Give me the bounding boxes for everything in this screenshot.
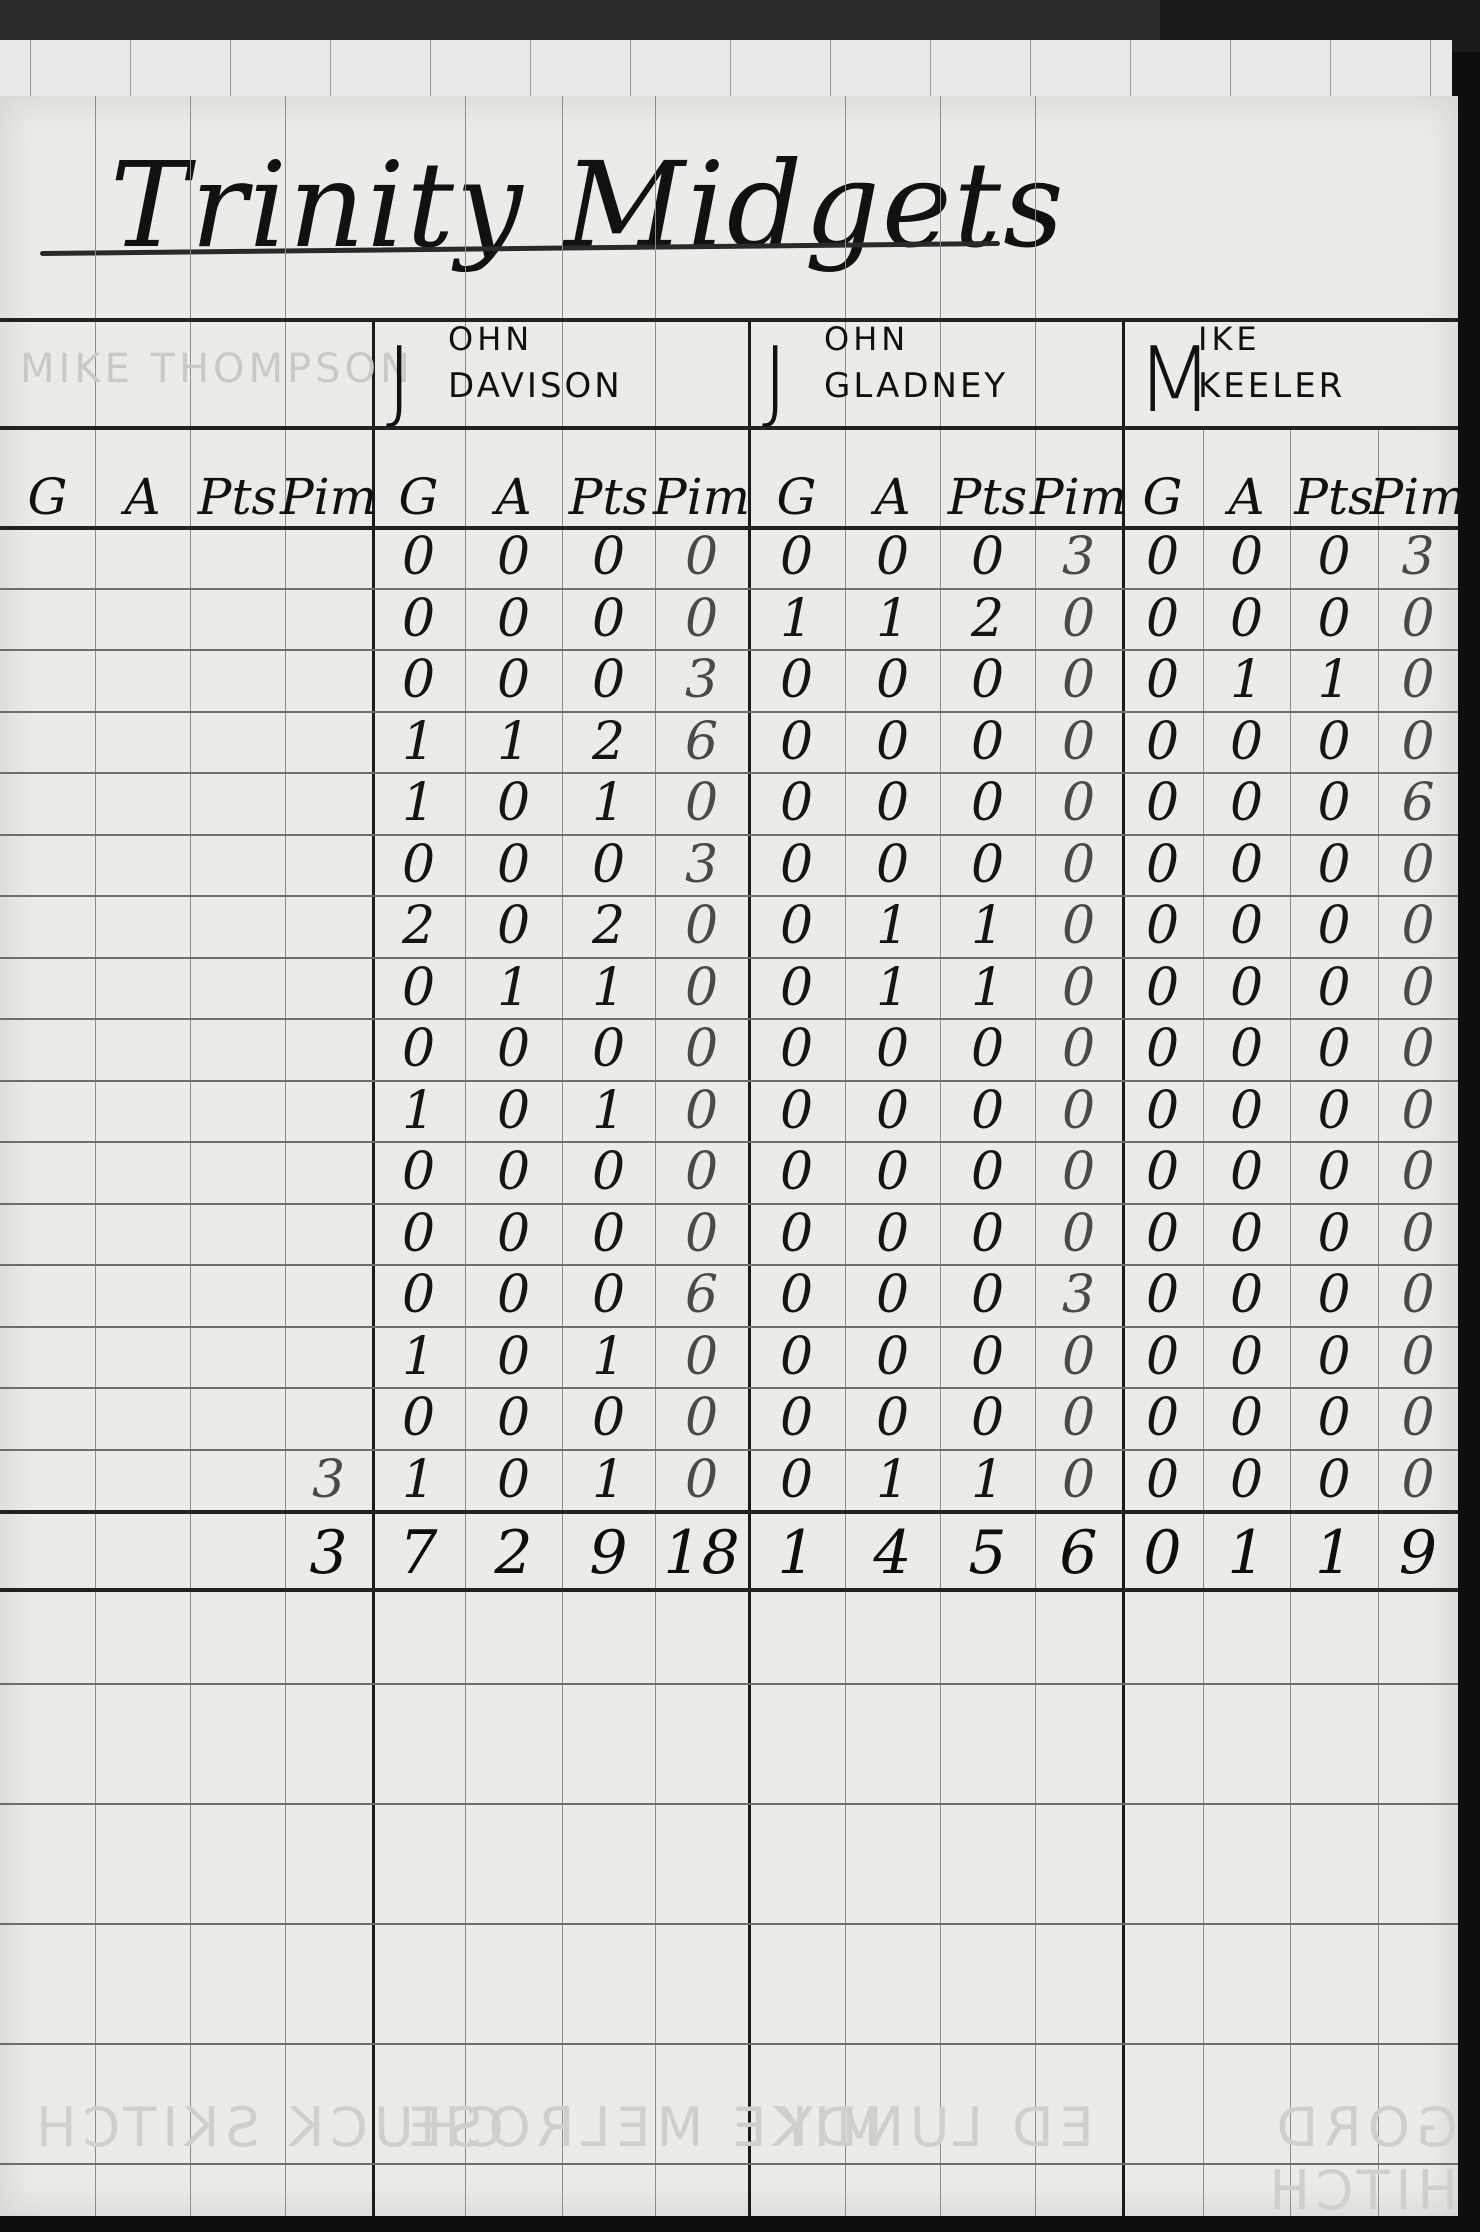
stat-cell: 0 <box>372 1203 465 1265</box>
stat-cell: 0 <box>465 1326 562 1388</box>
stat-cell: 0 <box>562 649 655 711</box>
stat-cell <box>0 1018 95 1080</box>
stat-cell <box>0 1141 95 1203</box>
stat-cell <box>285 526 372 588</box>
stat-cell: 0 <box>465 1387 562 1449</box>
stat-cell: 0 <box>845 834 940 896</box>
stat-cell: 0 <box>1035 957 1122 1019</box>
stat-cell <box>190 1264 285 1326</box>
stat-cell: 0 <box>655 526 748 588</box>
stat-cell: 6 <box>655 1264 748 1326</box>
player-last-name: KEELER <box>1198 366 1345 406</box>
stat-cell <box>95 1080 190 1142</box>
stat-cell: 1 <box>465 711 562 773</box>
stat-cell: 0 <box>465 1264 562 1326</box>
grid-line <box>1430 40 1431 100</box>
stat-cell: 0 <box>562 1203 655 1265</box>
stat-cell: 0 <box>1203 1018 1290 1080</box>
stat-cell: 0 <box>1122 649 1203 711</box>
stat-cell <box>0 1203 95 1265</box>
stat-cell: 0 <box>1378 895 1458 957</box>
stat-cell <box>285 1264 372 1326</box>
stat-cell: 0 <box>748 526 845 588</box>
stat-cell: 6 <box>1378 772 1458 834</box>
stat-cell: 0 <box>845 1326 940 1388</box>
stat-cell: 0 <box>748 1264 845 1326</box>
stat-cell: 0 <box>1035 1449 1122 1511</box>
stat-cell: 1 <box>845 957 940 1019</box>
stat-cell <box>95 649 190 711</box>
stat-cell: 0 <box>1290 711 1378 773</box>
stat-cell: 1 <box>372 1326 465 1388</box>
column-header-g: G <box>372 446 465 526</box>
stat-cell: 0 <box>940 1326 1035 1388</box>
stat-cell <box>190 957 285 1019</box>
stat-cell: 0 <box>1203 957 1290 1019</box>
bleed-through-text: ED LUNDY <box>774 2096 1094 2159</box>
stat-cell <box>285 588 372 650</box>
stat-cell: 0 <box>465 1203 562 1265</box>
stat-cell: 0 <box>655 1387 748 1449</box>
total-cell: 3 <box>285 1518 372 1588</box>
stat-cell: 0 <box>1122 834 1203 896</box>
stat-cell: 3 <box>1378 526 1458 588</box>
stat-cell: 0 <box>1035 711 1122 773</box>
stat-cell: 0 <box>748 1449 845 1511</box>
column-header-pim: Pim <box>1378 446 1458 526</box>
stat-cell: 0 <box>1122 1387 1203 1449</box>
stat-cell: 0 <box>1290 1080 1378 1142</box>
column-header-pim: Pim <box>285 446 372 526</box>
stat-cell: 0 <box>1378 711 1458 773</box>
stat-cell <box>95 772 190 834</box>
stat-cell: 0 <box>748 1203 845 1265</box>
stat-cell <box>190 588 285 650</box>
stat-cell: 0 <box>655 1326 748 1388</box>
stat-cell: 1 <box>562 772 655 834</box>
stat-cell: 0 <box>1122 588 1203 650</box>
stat-cell: 0 <box>465 834 562 896</box>
stat-cell: 0 <box>1378 1080 1458 1142</box>
stat-cell: 0 <box>1122 1449 1203 1511</box>
stat-cell: 0 <box>562 1018 655 1080</box>
stat-cell: 0 <box>1035 588 1122 650</box>
stat-cell: 0 <box>1290 1203 1378 1265</box>
stat-cell: 0 <box>655 895 748 957</box>
stat-cell <box>95 1326 190 1388</box>
stat-cell: 2 <box>940 588 1035 650</box>
stat-cell: 0 <box>748 772 845 834</box>
stat-cell: 1 <box>748 588 845 650</box>
stat-cell: 0 <box>940 772 1035 834</box>
total-cell <box>0 1518 95 1588</box>
bleed-through-text: GORD HITCH <box>1146 2096 1458 2222</box>
grid-line <box>330 40 331 100</box>
stat-cell: 0 <box>1035 772 1122 834</box>
stat-cell <box>0 1449 95 1511</box>
stat-cell <box>95 526 190 588</box>
stat-cell <box>0 834 95 896</box>
column-header-a: A <box>1203 446 1290 526</box>
column-header-a: A <box>845 446 940 526</box>
stat-cell: 2 <box>372 895 465 957</box>
stat-cell: 0 <box>372 1018 465 1080</box>
stat-cell: 0 <box>655 772 748 834</box>
stat-cell: 0 <box>372 1264 465 1326</box>
stat-cell: 0 <box>1035 1080 1122 1142</box>
grid-line <box>1330 40 1331 100</box>
stat-cell: 0 <box>940 834 1035 896</box>
card-behind <box>0 40 1452 103</box>
stat-cell: 0 <box>1203 1080 1290 1142</box>
stat-cell: 0 <box>1122 772 1203 834</box>
stat-cell: 0 <box>1203 1203 1290 1265</box>
stat-cell: 1 <box>372 711 465 773</box>
stat-cell <box>0 895 95 957</box>
stat-cell: 0 <box>1203 526 1290 588</box>
column-header-g: G <box>0 446 95 526</box>
stat-cell: 0 <box>1203 1449 1290 1511</box>
stat-cell: 0 <box>1203 1387 1290 1449</box>
grid-line <box>30 40 31 100</box>
stat-cell: 0 <box>1203 1264 1290 1326</box>
stat-cell: 0 <box>372 588 465 650</box>
stat-cell <box>285 1387 372 1449</box>
stat-cell <box>190 1326 285 1388</box>
stat-cell <box>285 895 372 957</box>
stat-cell: 0 <box>465 649 562 711</box>
stat-cell: 0 <box>562 588 655 650</box>
stat-cell: 0 <box>845 772 940 834</box>
stat-cell: 0 <box>465 895 562 957</box>
stat-cell <box>95 957 190 1019</box>
stat-cell: 0 <box>1290 1264 1378 1326</box>
stat-cell: 0 <box>940 649 1035 711</box>
column-header-g: G <box>1122 446 1203 526</box>
stat-cell: 0 <box>1378 1141 1458 1203</box>
stat-cell: 0 <box>1122 1141 1203 1203</box>
stat-cell: 0 <box>845 1203 940 1265</box>
stat-cell: 0 <box>845 1264 940 1326</box>
stat-cell: 0 <box>372 957 465 1019</box>
stat-cell: 1 <box>845 1449 940 1511</box>
stat-card: Trinity Midgets MIKE THOMPSONGAPtsPimJOH… <box>0 96 1458 2216</box>
stat-cell: 1 <box>845 588 940 650</box>
stat-cell: 0 <box>845 711 940 773</box>
stat-cell: 3 <box>1035 1264 1122 1326</box>
stat-cell: 1 <box>562 1449 655 1511</box>
stat-cell: 0 <box>1378 1018 1458 1080</box>
stat-cell: 1 <box>940 1449 1035 1511</box>
stat-cell: 2 <box>562 711 655 773</box>
stat-cell: 0 <box>655 1449 748 1511</box>
stat-cell: 0 <box>748 957 845 1019</box>
stat-cell: 0 <box>1122 957 1203 1019</box>
stat-cell: 0 <box>655 957 748 1019</box>
stat-cell: 0 <box>1290 526 1378 588</box>
column-header-pts: Pts <box>190 446 285 526</box>
player-initial: J <box>762 328 789 433</box>
stat-cell <box>285 957 372 1019</box>
row-rule <box>0 2043 1458 2045</box>
stat-cell: 0 <box>1035 1203 1122 1265</box>
stat-cell: 0 <box>1035 895 1122 957</box>
stat-cell: 1 <box>562 957 655 1019</box>
total-cell: 4 <box>845 1518 940 1588</box>
stat-cell: 2 <box>562 895 655 957</box>
player-first-name: OHN <box>824 320 909 358</box>
stat-cell: 3 <box>655 834 748 896</box>
stat-cell: 0 <box>748 1141 845 1203</box>
stat-cell: 0 <box>1122 1203 1203 1265</box>
total-cell: 6 <box>1035 1518 1122 1588</box>
stat-cell: 0 <box>748 711 845 773</box>
stat-cell: 0 <box>748 1387 845 1449</box>
grid-line <box>630 40 631 100</box>
stat-cell: 0 <box>655 1080 748 1142</box>
stat-cell: 1 <box>372 1080 465 1142</box>
row-rule <box>0 1683 1458 1685</box>
stat-cell: 0 <box>1203 895 1290 957</box>
grid-line <box>830 40 831 100</box>
stat-cell: 0 <box>1378 1387 1458 1449</box>
stat-cell <box>0 711 95 773</box>
grid-line <box>230 40 231 100</box>
stat-cell: 0 <box>372 1387 465 1449</box>
total-cell: 9 <box>1378 1518 1458 1588</box>
stat-cell: 1 <box>372 1449 465 1511</box>
stat-cell: 0 <box>940 1141 1035 1203</box>
stat-cell: 0 <box>1290 1018 1378 1080</box>
stat-cell <box>285 649 372 711</box>
stat-cell: 6 <box>655 711 748 773</box>
stat-cell: 0 <box>465 526 562 588</box>
stat-cell: 0 <box>940 1080 1035 1142</box>
total-cell: 18 <box>655 1518 748 1588</box>
column-header-a: A <box>465 446 562 526</box>
stat-cell <box>0 1387 95 1449</box>
player-first-name: OHN <box>448 320 533 358</box>
grid-line <box>530 40 531 100</box>
stat-cell <box>0 772 95 834</box>
stat-cell: 0 <box>465 1449 562 1511</box>
stat-cell: 0 <box>562 1141 655 1203</box>
stat-cell: 0 <box>562 834 655 896</box>
stat-cell: 0 <box>1290 834 1378 896</box>
stat-cell: 0 <box>1203 772 1290 834</box>
stat-cell: 0 <box>1035 1326 1122 1388</box>
stat-cell: 0 <box>940 1264 1035 1326</box>
stat-cell <box>190 895 285 957</box>
stat-cell <box>285 1080 372 1142</box>
player-last-name: GLADNEY <box>824 366 1008 406</box>
stat-cell: 0 <box>748 649 845 711</box>
stat-cell: 0 <box>940 526 1035 588</box>
grid-line <box>1230 40 1231 100</box>
stat-cell: 0 <box>748 895 845 957</box>
stat-cell: 1 <box>1290 649 1378 711</box>
stat-cell: 0 <box>1290 957 1378 1019</box>
stat-cell <box>190 1018 285 1080</box>
total-cell: 0 <box>1122 1518 1203 1588</box>
player-initial: J <box>386 328 413 433</box>
stat-cell <box>95 1387 190 1449</box>
stat-cell: 0 <box>1290 1449 1378 1511</box>
stat-cell <box>190 526 285 588</box>
stat-cell: 0 <box>655 1018 748 1080</box>
stat-cell: 1 <box>940 895 1035 957</box>
stat-cell <box>0 957 95 1019</box>
total-cell: 1 <box>1203 1518 1290 1588</box>
stat-cell: 0 <box>372 834 465 896</box>
stat-cell: 0 <box>1122 895 1203 957</box>
stat-cell: 0 <box>1122 526 1203 588</box>
stat-cell: 0 <box>1290 772 1378 834</box>
stat-cell: 0 <box>845 1141 940 1203</box>
stat-cell <box>95 1449 190 1511</box>
stat-cell <box>0 588 95 650</box>
stat-cell: 0 <box>1378 1326 1458 1388</box>
stat-cell: 0 <box>1122 1080 1203 1142</box>
stat-cell: 0 <box>1378 1264 1458 1326</box>
row-rule <box>0 1803 1458 1805</box>
stat-cell <box>285 1326 372 1388</box>
stat-cell: 0 <box>845 1080 940 1142</box>
stat-cell <box>190 1141 285 1203</box>
column-header-pts: Pts <box>940 446 1035 526</box>
stat-cell: 0 <box>1290 1387 1378 1449</box>
stat-cell: 0 <box>1290 1326 1378 1388</box>
total-cell: 2 <box>465 1518 562 1588</box>
stat-cell: 0 <box>372 1141 465 1203</box>
stat-cell: 0 <box>1203 588 1290 650</box>
stat-cell: 0 <box>940 711 1035 773</box>
stat-cell <box>190 649 285 711</box>
stat-cell: 1 <box>1203 649 1290 711</box>
total-cell: 1 <box>748 1518 845 1588</box>
stat-cell: 0 <box>655 588 748 650</box>
column-header-pts: Pts <box>562 446 655 526</box>
stat-cell: 0 <box>1290 895 1378 957</box>
stat-cell <box>190 834 285 896</box>
grid-line <box>930 40 931 100</box>
row-rule <box>0 1923 1458 1925</box>
stat-cell <box>0 649 95 711</box>
stat-cell: 0 <box>1035 649 1122 711</box>
stat-cell: 1 <box>372 772 465 834</box>
stat-cell: 0 <box>1378 834 1458 896</box>
stat-cell: 0 <box>1378 588 1458 650</box>
stat-cell: 0 <box>562 1264 655 1326</box>
stat-cell <box>0 1264 95 1326</box>
stat-cell: 0 <box>1122 711 1203 773</box>
stat-cell <box>190 1387 285 1449</box>
total-cell: 1 <box>1290 1518 1378 1588</box>
stat-cell <box>95 1203 190 1265</box>
total-cell <box>95 1518 190 1588</box>
stat-cell <box>285 1141 372 1203</box>
total-cell: 5 <box>940 1518 1035 1588</box>
grid-line <box>730 40 731 100</box>
erased-player-name: MIKE THOMPSON <box>20 346 414 392</box>
column-header-pim: Pim <box>1035 446 1122 526</box>
stat-cell: 0 <box>940 1387 1035 1449</box>
stat-cell: 0 <box>1122 1326 1203 1388</box>
grid-line <box>1130 40 1131 100</box>
column-header-pts: Pts <box>1290 446 1378 526</box>
stat-cell: 0 <box>748 834 845 896</box>
stat-cell <box>0 1080 95 1142</box>
stat-cell <box>190 711 285 773</box>
stat-cell: 0 <box>1122 1018 1203 1080</box>
stat-cell <box>190 1449 285 1511</box>
stat-cell: 0 <box>372 649 465 711</box>
stat-cell: 0 <box>465 1018 562 1080</box>
stat-cell: 1 <box>562 1326 655 1388</box>
row-rule <box>0 1510 1458 1514</box>
stat-cell: 0 <box>748 1326 845 1388</box>
stat-cell <box>95 834 190 896</box>
column-header-a: A <box>95 446 190 526</box>
stat-cell <box>95 711 190 773</box>
stat-cell: 3 <box>285 1449 372 1511</box>
stat-cell: 0 <box>1203 1326 1290 1388</box>
stat-cell: 0 <box>465 772 562 834</box>
stat-cell <box>190 772 285 834</box>
stat-cell: 0 <box>1378 1449 1458 1511</box>
stat-cell: 0 <box>845 1387 940 1449</box>
stat-cell: 0 <box>748 1018 845 1080</box>
stat-cell: 0 <box>1203 834 1290 896</box>
stat-cell <box>95 1141 190 1203</box>
column-header-pim: Pim <box>655 446 748 526</box>
stat-cell: 0 <box>845 526 940 588</box>
stat-cell <box>0 526 95 588</box>
stat-cell: 0 <box>1035 1141 1122 1203</box>
stat-cell <box>285 1018 372 1080</box>
player-last-name: DAVISON <box>448 366 623 406</box>
stat-cell <box>0 1326 95 1388</box>
stat-cell: 0 <box>562 1387 655 1449</box>
stat-cell: 1 <box>465 957 562 1019</box>
stat-cell <box>95 1264 190 1326</box>
stat-cell: 1 <box>845 895 940 957</box>
stat-cell: 0 <box>1378 957 1458 1019</box>
total-cell: 9 <box>562 1518 655 1588</box>
stat-cell <box>95 1018 190 1080</box>
row-rule <box>0 1588 1458 1592</box>
column-header-g: G <box>748 446 845 526</box>
stat-cell <box>190 1203 285 1265</box>
stat-cell: 0 <box>465 1080 562 1142</box>
stat-cell: 0 <box>1378 649 1458 711</box>
stat-cell: 0 <box>1122 1264 1203 1326</box>
stat-cell <box>285 711 372 773</box>
total-cell <box>190 1518 285 1588</box>
stat-cell: 0 <box>465 1141 562 1203</box>
stat-cell: 0 <box>655 1141 748 1203</box>
stat-cell: 3 <box>655 649 748 711</box>
stat-cell: 0 <box>1203 1141 1290 1203</box>
stat-cell <box>285 772 372 834</box>
stat-cell: 0 <box>940 1018 1035 1080</box>
stat-cell <box>285 1203 372 1265</box>
stat-cell: 0 <box>1035 1387 1122 1449</box>
stat-cell: 0 <box>465 588 562 650</box>
stat-cell: 0 <box>748 1080 845 1142</box>
stat-cell <box>285 834 372 896</box>
stat-cell: 3 <box>1035 526 1122 588</box>
